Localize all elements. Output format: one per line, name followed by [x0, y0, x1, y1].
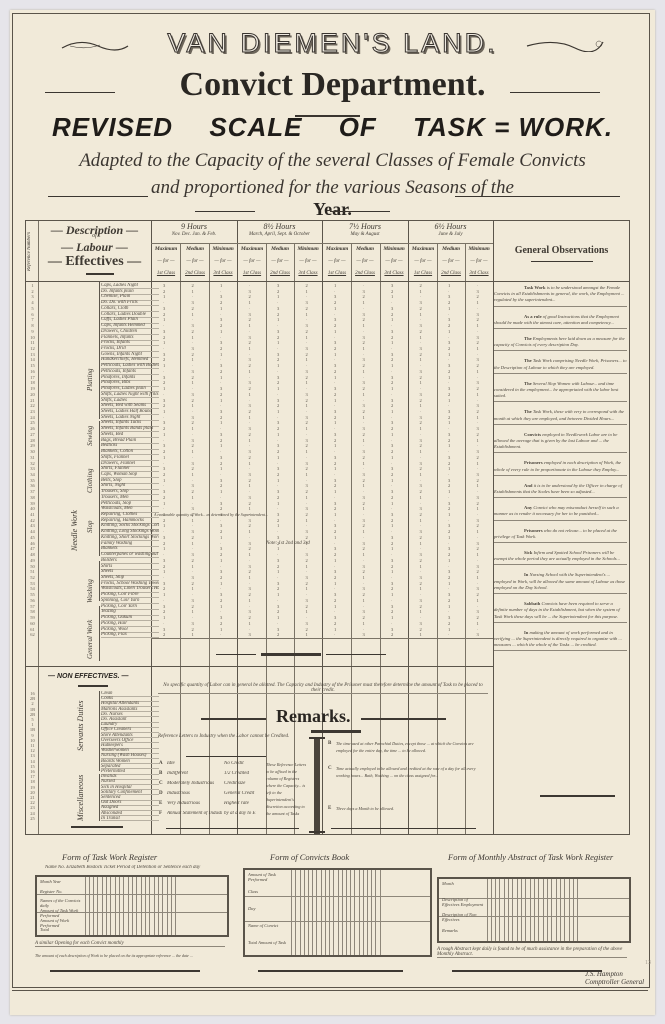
cell-value: 1 — [249, 438, 251, 443]
cell-value: 2 — [163, 449, 165, 454]
observation-paragraph: The Employments here laid down as a meas… — [494, 336, 627, 351]
cell-value: · — [420, 615, 422, 620]
cell-value: · — [363, 398, 365, 403]
cell-value: 1 — [448, 398, 450, 403]
cell-value: 3 — [448, 501, 450, 506]
cell-value: · — [363, 352, 365, 357]
cell-value: 3 — [163, 489, 165, 494]
cell-value: 2 — [363, 523, 365, 528]
cell-value: 2 — [477, 386, 479, 391]
observation-text: Several Slop Women with Labour... and ti… — [494, 381, 618, 398]
cell-value: 3 — [477, 380, 479, 385]
form-grid-line — [573, 879, 574, 941]
cell-value: 1 — [249, 415, 251, 420]
title-revised-scale: REVISED SCALE OF TASK = WORK. — [0, 112, 665, 143]
cell-value: 1 — [448, 627, 450, 632]
cell-value: 2 — [334, 598, 336, 603]
cell-value: · — [363, 443, 365, 448]
cell-value: 1 — [334, 306, 336, 311]
cell-value: 1 — [277, 523, 279, 528]
cell-value: 3 — [306, 598, 308, 603]
observation-paragraph: Task Work is to be understood amongst th… — [494, 285, 627, 307]
cell-value: · — [249, 627, 251, 632]
cell-value: 3 — [163, 306, 165, 311]
cell-value: · — [306, 546, 308, 551]
general-observations-header: General Observations — [494, 245, 629, 256]
cell-value: 2 — [220, 323, 222, 328]
cell-value: 2 — [192, 466, 194, 471]
cell-value: 2 — [163, 357, 165, 362]
cell-value: 1 — [163, 294, 165, 299]
letter-value: by at a day to E — [224, 811, 262, 816]
cell-value: 1 — [306, 586, 308, 591]
cell-value: 3 — [163, 420, 165, 425]
cell-value: · — [391, 598, 393, 603]
cell-value: 1 — [192, 380, 194, 385]
cell-value: 1 — [420, 632, 422, 637]
cell-value: · — [420, 592, 422, 597]
cell-value: 2 — [192, 558, 194, 563]
cell-value: 1 — [334, 329, 336, 334]
form-cell-label: Name of Convict — [248, 923, 289, 928]
form-grid-line — [354, 870, 355, 955]
ornament-bar — [261, 653, 321, 656]
cell-value: 2 — [420, 466, 422, 471]
group-label-washing: Washing — [86, 553, 94, 603]
row-number: 12 — [28, 346, 37, 351]
remark-letter: B — [328, 741, 331, 746]
cell-value: · — [277, 483, 279, 488]
cell-value: 3 — [306, 552, 308, 557]
row-number: 35 — [28, 478, 37, 483]
form-grid-line — [338, 870, 339, 955]
cell-value: 1 — [420, 312, 422, 317]
cell-value: 1 — [306, 518, 308, 523]
cell-value: 3 — [277, 535, 279, 540]
cell-value: · — [420, 501, 422, 506]
cell-value: 2 — [363, 478, 365, 483]
cell-value: 1 — [334, 283, 336, 288]
cell-value: 2 — [306, 420, 308, 425]
cell-value: 2 — [334, 529, 336, 534]
class-col-header: Minimum— for —3rd Class — [380, 243, 408, 281]
cell-value: 2 — [420, 283, 422, 288]
row-number: 55 — [28, 592, 37, 597]
cell-value: 3 — [163, 352, 165, 357]
cell-value: 2 — [334, 461, 336, 466]
row-number: 39 — [28, 501, 37, 506]
cell-value: · — [220, 289, 222, 294]
cell-value: 2 — [363, 592, 365, 597]
cell-value: 2 — [448, 552, 450, 557]
cell-value: 1 — [334, 581, 336, 586]
cell-value: 1 — [220, 466, 222, 471]
observation-paragraph: In making the amount of work performed a… — [494, 630, 627, 652]
cell-value: 2 — [391, 609, 393, 614]
cell-value: 2 — [220, 346, 222, 351]
row-number: 52 — [28, 575, 37, 580]
cell-value: · — [249, 443, 251, 448]
cell-value: 1 — [220, 627, 222, 632]
cell-value: 1 — [249, 392, 251, 397]
row-number: 11 — [28, 340, 37, 345]
class-divider — [266, 243, 267, 834]
observation-text: employed in Needlework Labor are to be a… — [494, 432, 617, 449]
cell-value: 3 — [420, 369, 422, 374]
form-cell-label: Total Amount of Task — [248, 940, 289, 945]
cell-value: 2 — [420, 581, 422, 586]
form-grid-line — [495, 879, 496, 941]
cell-value: 1 — [477, 369, 479, 374]
cell-value: 2 — [306, 375, 308, 380]
cell-value: 2 — [192, 627, 194, 632]
brace-servants — [99, 691, 100, 771]
form-grid-line — [175, 877, 176, 935]
observation-text: who do not release... to be placed at th… — [494, 528, 617, 539]
cell-value: 3 — [363, 564, 365, 569]
cell-value: · — [220, 586, 222, 591]
cell-value: 1 — [220, 535, 222, 540]
cell-value: 1 — [220, 398, 222, 403]
cell-value: 3 — [420, 461, 422, 466]
form-cell-label: Day — [248, 906, 289, 911]
cell-value: 1 — [306, 495, 308, 500]
cell-value: 3 — [306, 323, 308, 328]
cell-value: 2 — [363, 317, 365, 322]
cell-value: 2 — [391, 472, 393, 477]
cell-value: 3 — [306, 415, 308, 420]
row-number: 8 — [28, 323, 37, 328]
letter-value: 1/2 Credited — [224, 771, 262, 776]
cell-value: 3 — [277, 398, 279, 403]
cell-value: 1 — [306, 426, 308, 431]
cell-value: 1 — [363, 415, 365, 420]
reference-numbers-header: Reference Numbers — [27, 225, 32, 277]
season-header-8-5-hours: 8½ Hours — [237, 222, 322, 231]
cell-value: · — [220, 518, 222, 523]
cell-value: 1 — [363, 621, 365, 626]
form-grid-line — [521, 879, 522, 941]
observation-text: Nursing School with the Superintendent's… — [494, 572, 625, 589]
cell-value: 2 — [277, 609, 279, 614]
observation-paragraph: The Task Work, these with very to corres… — [494, 409, 627, 424]
cell-value: 2 — [192, 581, 194, 586]
row-number: 58 — [28, 609, 37, 614]
cell-value: 1 — [391, 363, 393, 368]
form-grid-line — [371, 870, 372, 955]
cell-value: 1 — [448, 283, 450, 288]
cell-value: 2 — [192, 329, 194, 334]
cell-value: 1 — [192, 449, 194, 454]
signature: J.S. Hampton Comptroller General — [585, 970, 644, 986]
form-grid-line — [291, 870, 292, 955]
form-grid-line — [162, 877, 163, 935]
form-cell-label: Description of Effectives Employment — [442, 897, 484, 907]
cell-value: · — [448, 609, 450, 614]
reference-rule — [186, 756, 266, 757]
cell-value: 3 — [420, 415, 422, 420]
row-number: 53 — [28, 581, 37, 586]
letter-value: Highest rate — [224, 801, 262, 806]
cell-value: 2 — [249, 501, 251, 506]
row-number: 7 — [28, 317, 37, 322]
cell-value: 1 — [220, 420, 222, 425]
subtitle-rule-right — [455, 196, 620, 197]
cell-value: · — [391, 369, 393, 374]
title-word-of: OF — [339, 112, 377, 142]
row-label: Picking, Flax — [101, 632, 159, 638]
cell-value: · — [448, 449, 450, 454]
cell-value: · — [192, 340, 194, 345]
cell-value: 1 — [391, 409, 393, 414]
observation-text: Employments here laid down as a measure … — [494, 336, 625, 347]
cell-value: 3 — [334, 546, 336, 551]
cell-value: 3 — [448, 546, 450, 551]
cell-value: 3 — [448, 409, 450, 414]
title-van-diemens-land: VAN DIEMEN'S LAND. — [0, 28, 665, 59]
cell-value: 1 — [192, 586, 194, 591]
cell-value: 1 — [163, 569, 165, 574]
letter-value: General Credit — [224, 791, 262, 796]
cell-value: 1 — [306, 289, 308, 294]
row-number: 45 — [28, 535, 37, 540]
cell-value: 3 — [391, 604, 393, 609]
form-cell-label: Amount of Task Performed — [248, 872, 289, 882]
cell-value: 3 — [363, 541, 365, 546]
cell-value: 2 — [306, 489, 308, 494]
cell-value: 2 — [448, 598, 450, 603]
row-number: 34 — [28, 472, 37, 477]
form-grid-line — [106, 877, 107, 935]
cell-value: · — [334, 518, 336, 523]
cell-value: · — [420, 478, 422, 483]
cell-value: 3 — [448, 615, 450, 620]
title-word-revised: REVISED — [52, 112, 173, 142]
cell-value: 1 — [391, 455, 393, 460]
cell-value: 2 — [477, 569, 479, 574]
remark-text: Three days a Month to be allowed. — [336, 806, 486, 813]
cell-value: 3 — [363, 335, 365, 340]
brace-sewing — [99, 421, 100, 556]
row-number: 40 — [28, 506, 37, 511]
cell-value: 2 — [391, 495, 393, 500]
cell-value: 3 — [448, 592, 450, 597]
cell-value: 2 — [334, 346, 336, 351]
cell-value: 3 — [448, 432, 450, 437]
cell-value: 3 — [391, 489, 393, 494]
row-number: 28 — [28, 438, 37, 443]
form-grid-line — [367, 870, 368, 955]
cell-value: 2 — [163, 426, 165, 431]
cell-value: 3 — [249, 380, 251, 385]
form-cell-label: Names of the Convicts daily — [40, 898, 82, 908]
cell-value: 1 — [163, 432, 165, 437]
cell-value: 3 — [420, 346, 422, 351]
cell-value: 2 — [163, 380, 165, 385]
cell-value: 1 — [391, 478, 393, 483]
cell-value: · — [277, 598, 279, 603]
cell-value: · — [477, 329, 479, 334]
title-word-task-work: TASK = WORK. — [413, 112, 613, 142]
cell-value: 1 — [249, 598, 251, 603]
cell-value: 2 — [420, 306, 422, 311]
cell-value: 1 — [420, 518, 422, 523]
cell-value: 1 — [249, 323, 251, 328]
form-grid-line — [308, 870, 309, 955]
cell-value: 1 — [477, 621, 479, 626]
cell-value: · — [249, 306, 251, 311]
cell-value: · — [192, 592, 194, 597]
cell-value: · — [334, 403, 336, 408]
cell-value: 2 — [249, 386, 251, 391]
cell-value: · — [306, 615, 308, 620]
cell-value: 2 — [163, 632, 165, 637]
cell-value: 2 — [249, 363, 251, 368]
cell-value: 1 — [249, 461, 251, 466]
cell-value: 3 — [163, 535, 165, 540]
form-cell-label: Register No. — [40, 889, 82, 894]
cell-value: 3 — [220, 386, 222, 391]
cell-value: 1 — [306, 335, 308, 340]
observation-text: making the amount of work performed and … — [494, 630, 622, 647]
cell-value: 3 — [363, 518, 365, 523]
cell-value: 1 — [163, 386, 165, 391]
observations-end-bar — [540, 795, 615, 797]
remark-text: Time actually employed to be allowed and… — [336, 766, 486, 779]
cell-value: 2 — [249, 432, 251, 437]
cell-value: 3 — [249, 403, 251, 408]
form-grid-line — [312, 870, 313, 955]
class-col-header: Medium— for —2nd Class — [351, 243, 379, 281]
observation-lead: Sick — [524, 550, 532, 555]
cell-value: 1 — [220, 604, 222, 609]
col-divider — [38, 221, 39, 834]
cell-value: 1 — [420, 541, 422, 546]
cell-value: 3 — [477, 609, 479, 614]
cell-value: 3 — [334, 523, 336, 528]
cell-value: 1 — [448, 558, 450, 563]
cell-value: 1 — [163, 317, 165, 322]
form-grid-line — [158, 877, 159, 935]
cell-value: · — [391, 483, 393, 488]
form-bottom-bar — [50, 970, 200, 972]
observation-text: is to be understood amongst the Female C… — [494, 285, 625, 302]
observation-paragraph: Prisoners who do not release... to be pl… — [494, 528, 627, 543]
remark-text: The time used at other Parochial Duties,… — [336, 741, 486, 754]
cell-value: 1 — [306, 564, 308, 569]
cell-value: 3 — [277, 558, 279, 563]
bottom-border-line — [12, 990, 648, 991]
form-grid-line — [167, 877, 168, 935]
cell-value: 1 — [477, 529, 479, 534]
form-cell-label: Class — [248, 889, 289, 894]
cell-value: 2 — [277, 335, 279, 340]
cell-value: · — [249, 604, 251, 609]
cell-value: 3 — [249, 449, 251, 454]
cell-value: 3 — [448, 386, 450, 391]
cell-value: · — [391, 323, 393, 328]
cell-value: 3 — [334, 317, 336, 322]
cell-value: · — [277, 575, 279, 580]
cell-value: · — [448, 289, 450, 294]
cell-value: 1 — [277, 569, 279, 574]
cell-value: 2 — [448, 415, 450, 420]
cell-value: · — [334, 426, 336, 431]
form-grid-line — [363, 870, 364, 955]
form-grid-line — [560, 879, 561, 941]
cell-value: 2 — [391, 289, 393, 294]
group-label-miscellaneous: Miscellaneous — [76, 761, 85, 821]
cell-value: 1 — [391, 294, 393, 299]
cell-value: 3 — [163, 558, 165, 563]
cell-value: 1 — [477, 415, 479, 420]
form-grid-line — [300, 870, 301, 955]
row-number: 42 — [28, 518, 37, 523]
cell-value: 2 — [192, 420, 194, 425]
cell-value: 3 — [192, 346, 194, 351]
cell-value: 3 — [277, 329, 279, 334]
cell-value: 2 — [448, 621, 450, 626]
row-number: 29 — [28, 443, 37, 448]
cell-value: 2 — [192, 604, 194, 609]
form-title: Form of Convicts Book — [270, 852, 349, 862]
form-grid-line — [97, 877, 98, 935]
row-number: 25 — [28, 420, 37, 425]
cell-value: 1 — [306, 632, 308, 637]
cell-value: · — [391, 346, 393, 351]
effectives-bottom-line — [151, 638, 493, 639]
cell-value: 3 — [192, 552, 194, 557]
cell-value: 3 — [448, 294, 450, 299]
cell-value: 1 — [477, 552, 479, 557]
cell-value: 2 — [277, 518, 279, 523]
cell-value: 3 — [277, 443, 279, 448]
cell-value: 3 — [334, 501, 336, 506]
cell-value: 3 — [448, 455, 450, 460]
cell-value: 1 — [220, 306, 222, 311]
form-grid-line — [517, 879, 518, 941]
cell-value: 1 — [249, 483, 251, 488]
cell-value: 1 — [448, 466, 450, 471]
form-cell-label: Remarks — [442, 928, 484, 933]
cell-value: 3 — [277, 375, 279, 380]
cell-value: 1 — [420, 335, 422, 340]
row-number: 26 — [28, 426, 37, 431]
cell-value: 1 — [277, 363, 279, 368]
cell-value: 2 — [277, 357, 279, 362]
cell-value: · — [249, 329, 251, 334]
row-number: 51 — [28, 569, 37, 574]
row-number: 33 — [28, 466, 37, 471]
row-number: 41 — [28, 512, 37, 517]
cell-value: · — [363, 420, 365, 425]
cell-value: 3 — [163, 398, 165, 403]
cell-value: · — [220, 495, 222, 500]
cell-value: 3 — [306, 575, 308, 580]
observation-lead: Prisoners — [524, 460, 543, 465]
cell-value: 1 — [420, 472, 422, 477]
cell-value: 1 — [277, 409, 279, 414]
cell-value: 3 — [391, 627, 393, 632]
cell-value: · — [477, 443, 479, 448]
cell-value: 3 — [477, 586, 479, 591]
cell-value: 2 — [249, 592, 251, 597]
cell-value: 2 — [391, 564, 393, 569]
cell-value: 1 — [363, 598, 365, 603]
cell-value: · — [163, 598, 165, 603]
cell-value: 3 — [391, 558, 393, 563]
cell-value: 1 — [391, 592, 393, 597]
